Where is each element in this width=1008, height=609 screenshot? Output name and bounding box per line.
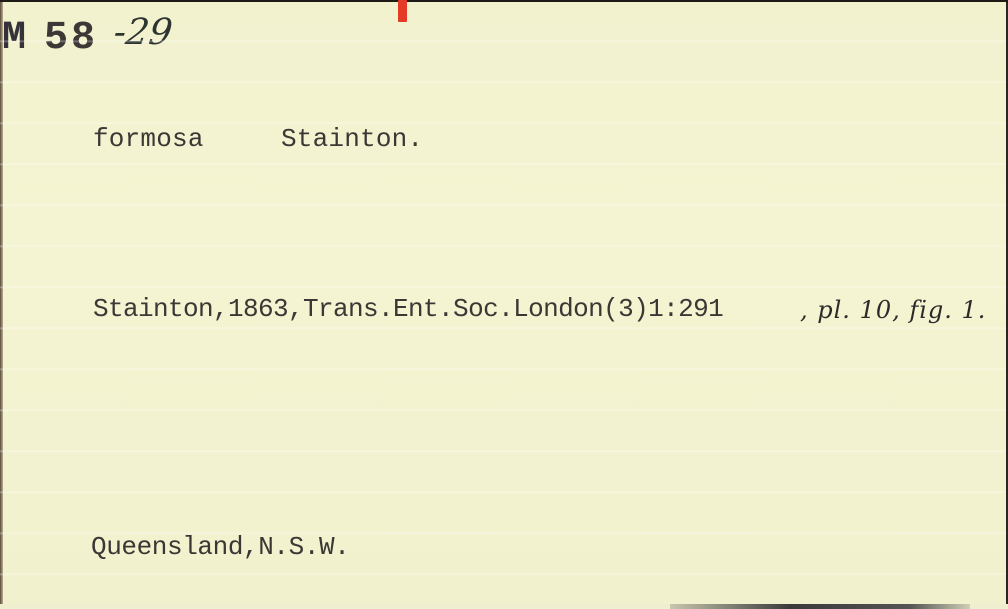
red-tab-marker (398, 0, 407, 22)
species-name: formosa (93, 124, 204, 154)
catalog-number: 58 (44, 16, 98, 61)
species-author: Stainton. (281, 124, 423, 154)
locality: Queensland,N.S.W. (91, 532, 349, 562)
literature-reference: Stainton,1863,Trans.Ent.Soc.London(3)1:2… (93, 294, 723, 324)
index-card: M 58 -29 formosa Stainton. Stainton,1863… (0, 2, 1006, 606)
reference-handwritten-note: , pl. 10, fig. 1. (800, 296, 986, 324)
card-bottom-shadow (670, 604, 970, 609)
catalog-prefix: M (2, 16, 25, 61)
catalog-handwritten-suffix: -29 (111, 12, 175, 53)
